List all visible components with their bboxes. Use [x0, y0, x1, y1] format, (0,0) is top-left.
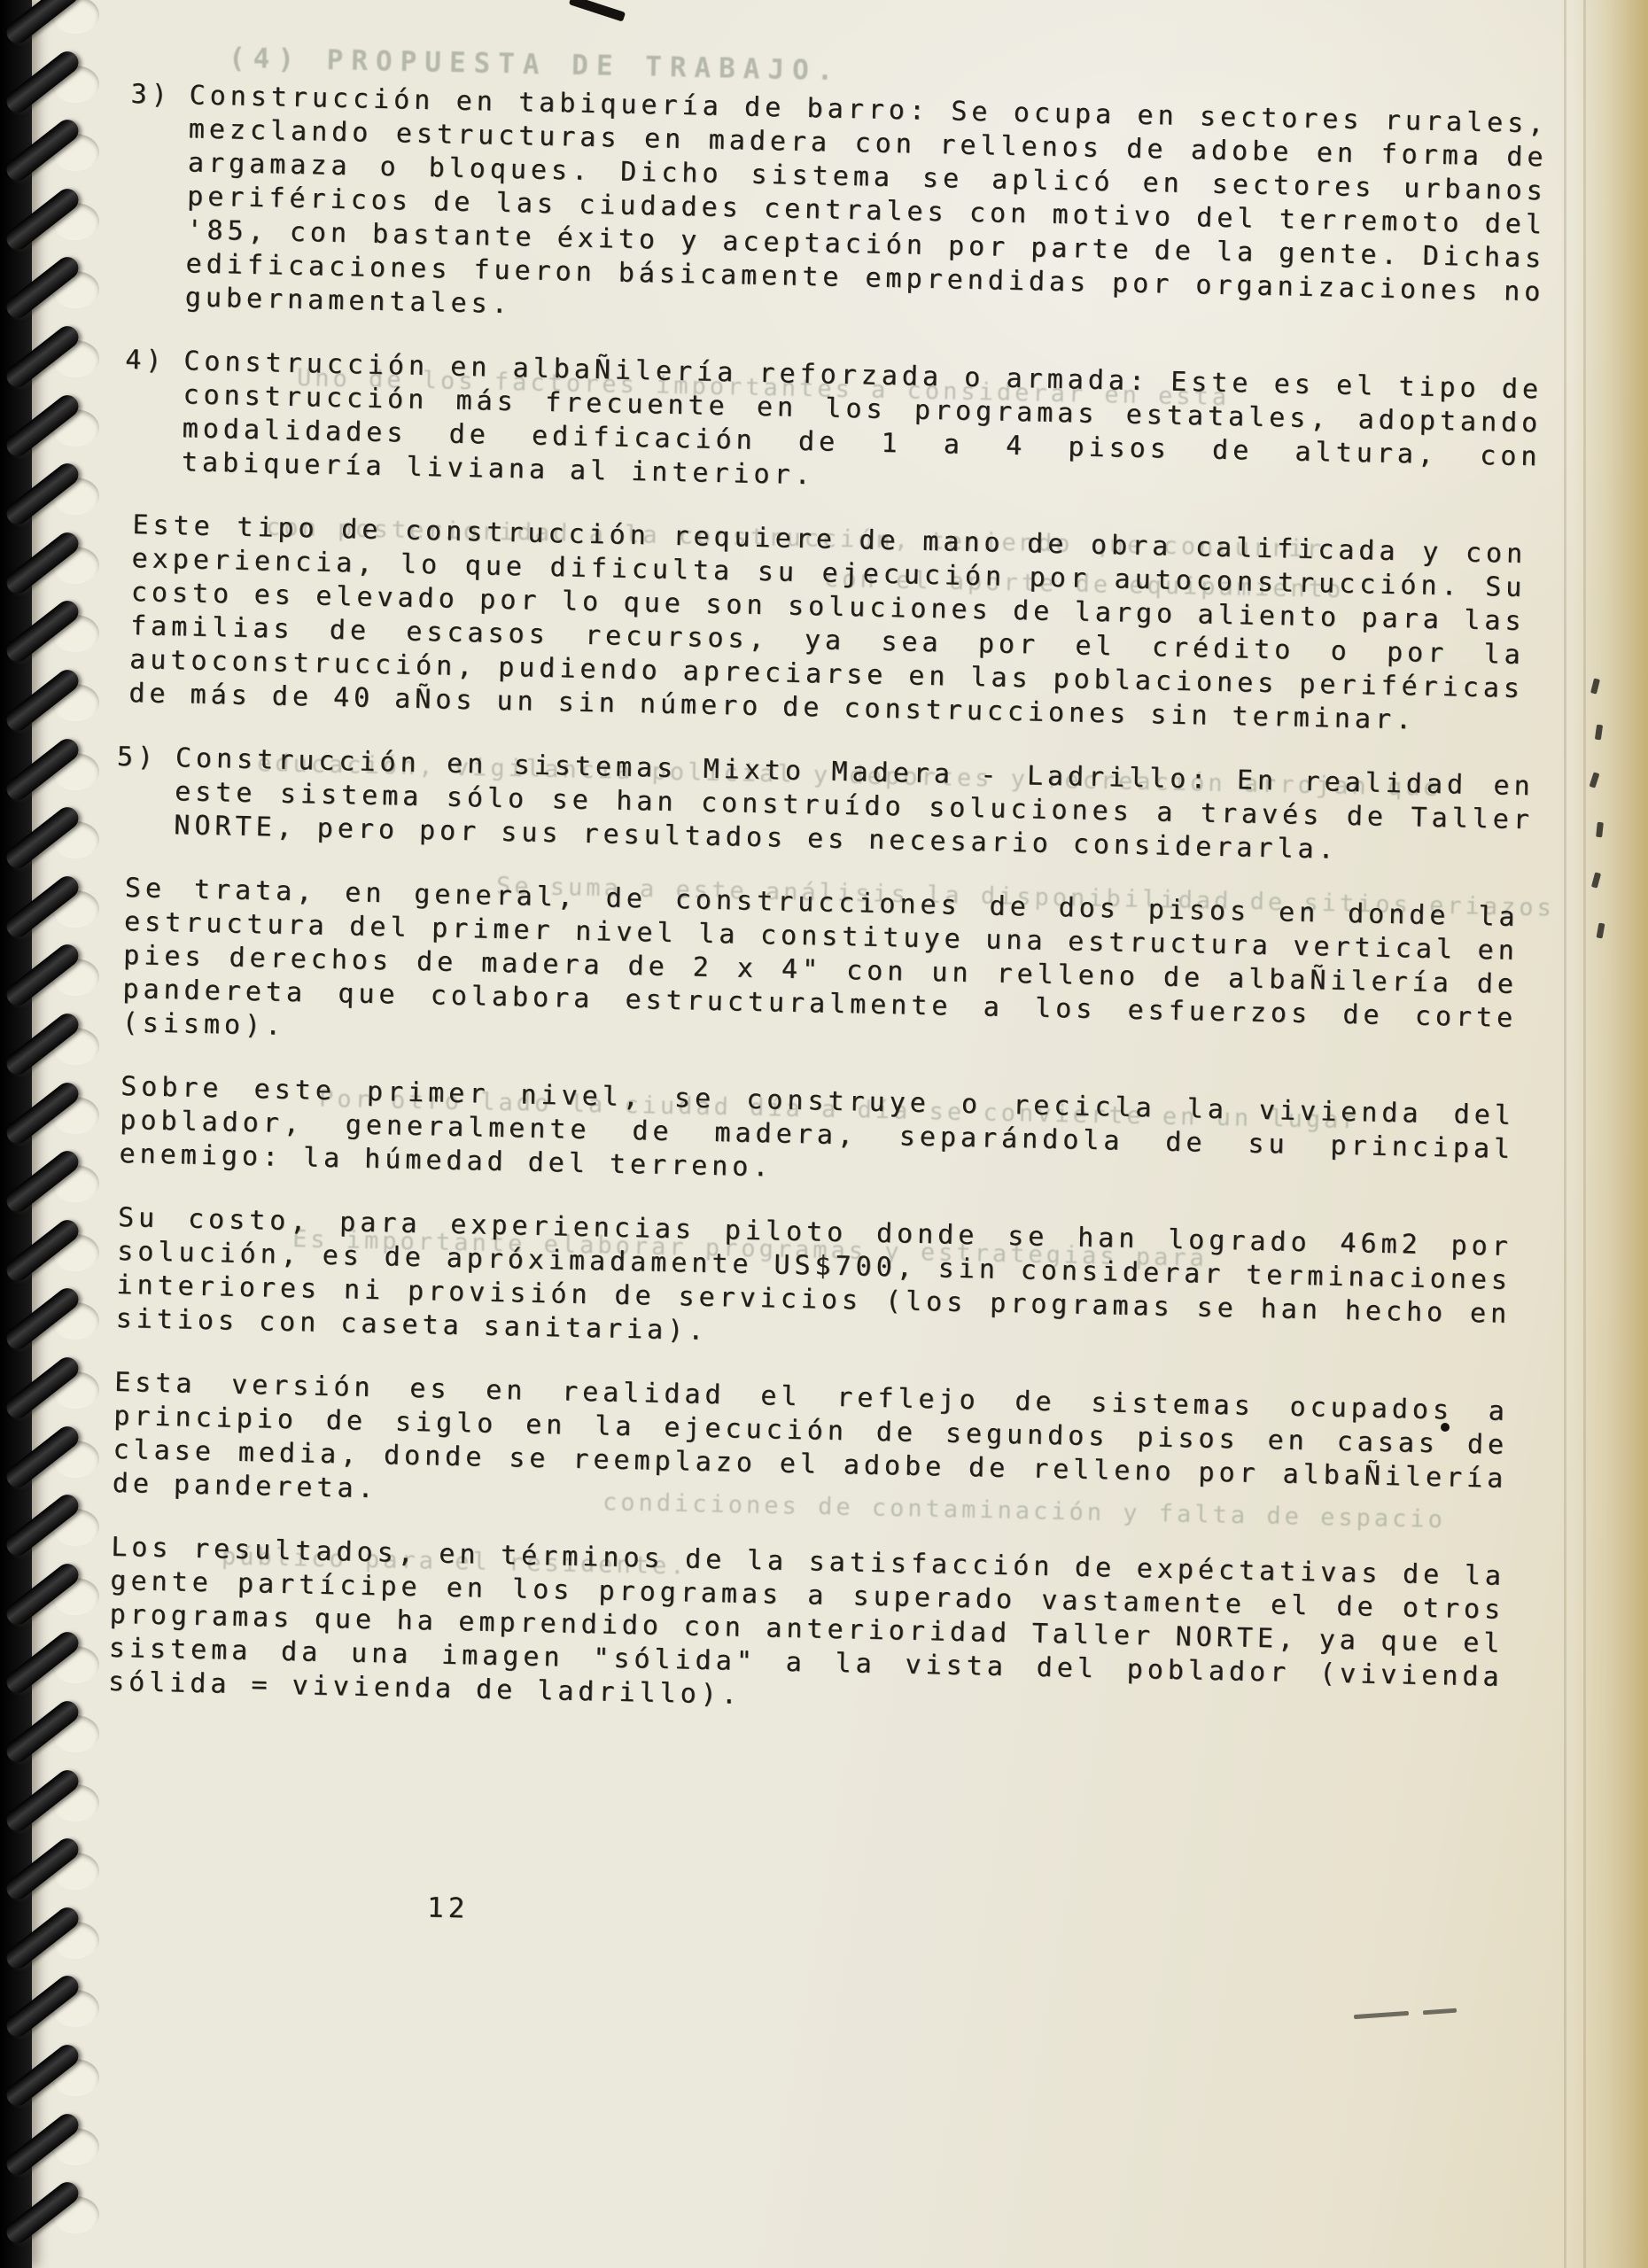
binding-coil — [0, 1019, 124, 1074]
binding-coil — [0, 331, 124, 386]
binding-coil — [0, 1088, 124, 1143]
binding-coil — [0, 606, 124, 661]
numbered-item: 5) Construcción en sistemas Mixto Madera… — [115, 741, 1535, 871]
binding-coil — [0, 2187, 124, 2242]
binding-coil — [0, 262, 124, 317]
binding-coil — [0, 1156, 124, 1211]
ghost-text: (4) PROPUESTA DE TRABAJO. — [229, 43, 842, 87]
binding-coil — [0, 1363, 124, 1417]
item-number: 4) — [125, 344, 167, 378]
scan-streak — [1583, 0, 1586, 2268]
binding-coil — [0, 1500, 124, 1555]
scan-smudge — [1354, 2011, 1409, 2019]
paragraph: Sobre este primer nivel, se construye o … — [108, 1070, 1528, 1200]
scanned-document-page: (4) PROPUESTA DE TRABAJO. Uno de los fac… — [0, 0, 1648, 2268]
binding-coil — [0, 812, 124, 867]
binding-coil — [0, 57, 124, 112]
scan-smudge — [569, 0, 626, 22]
binding-coil — [0, 538, 124, 593]
paragraph: Esta versión es en realidad el reflejo d… — [101, 1366, 1521, 1530]
binding-coil — [0, 2050, 124, 2105]
binding-coil — [0, 675, 124, 730]
binding-coil — [0, 194, 124, 249]
paragraph-text: Esta versión es en realidad el reflejo d… — [112, 1367, 1509, 1504]
paragraph-text: Sobre este primer nivel, se construye o … — [119, 1071, 1515, 1183]
binding-coil — [0, 744, 124, 799]
binding-coil — [0, 1225, 124, 1280]
paragraph: Este tipo de construcción requiere de ma… — [118, 509, 1539, 740]
binding-coil — [0, 1775, 124, 1830]
binding-coil — [0, 400, 124, 455]
binding-coil — [0, 1293, 124, 1348]
paragraph-text: Los resultados, en términos de la satisf… — [108, 1532, 1506, 1711]
binding-coil — [0, 1913, 124, 1968]
paragraph-text: Se trata, en general, de construcciones … — [121, 873, 1520, 1042]
paragraph-text: Construcción en sistemas Mixto Madera - … — [174, 742, 1535, 866]
binding-coil — [0, 1637, 124, 1692]
paragraph: Su costo, para experiencias piloto donde… — [105, 1201, 1525, 1365]
binding-coil — [0, 1569, 124, 1624]
numbered-item: 3) Construcción en tabiquería de barro: … — [126, 78, 1548, 343]
paragraph-text: Este tipo de construcción requiere de ma… — [128, 509, 1527, 735]
binding-coil — [0, 1706, 124, 1761]
paragraph: Los resultados, en términos de la satisf… — [97, 1531, 1519, 1728]
page-number: 12 — [427, 1892, 470, 1925]
scan-smudge — [1423, 2008, 1457, 2016]
paragraph: Se trata, en general, de construcciones … — [111, 872, 1532, 1069]
paragraph-text: Su costo, para experiencias piloto donde… — [115, 1202, 1512, 1347]
binding-coil — [0, 0, 124, 43]
binding-coil — [0, 1432, 124, 1487]
document-body: 3) Construcción en tabiquería de barro: … — [97, 78, 1549, 1759]
binding-coil — [0, 882, 124, 936]
binding-coil — [0, 950, 124, 1005]
item-number: 3) — [130, 78, 172, 113]
binding-coil — [0, 469, 124, 524]
numbered-item: 4) Construcción en albaÑilería reforzada… — [123, 344, 1543, 508]
binding-coil — [0, 1844, 124, 1899]
scan-smudge — [1441, 1423, 1450, 1432]
scan-streak — [1564, 0, 1566, 2268]
paragraph-text: Construcción en albaÑilería reforzada o … — [182, 346, 1543, 491]
binding-coil — [0, 2119, 124, 2174]
paragraph-text: Construcción en tabiquería de barro: Se … — [184, 80, 1548, 320]
binding-coil — [0, 1981, 124, 2036]
binding-coil — [0, 125, 124, 180]
